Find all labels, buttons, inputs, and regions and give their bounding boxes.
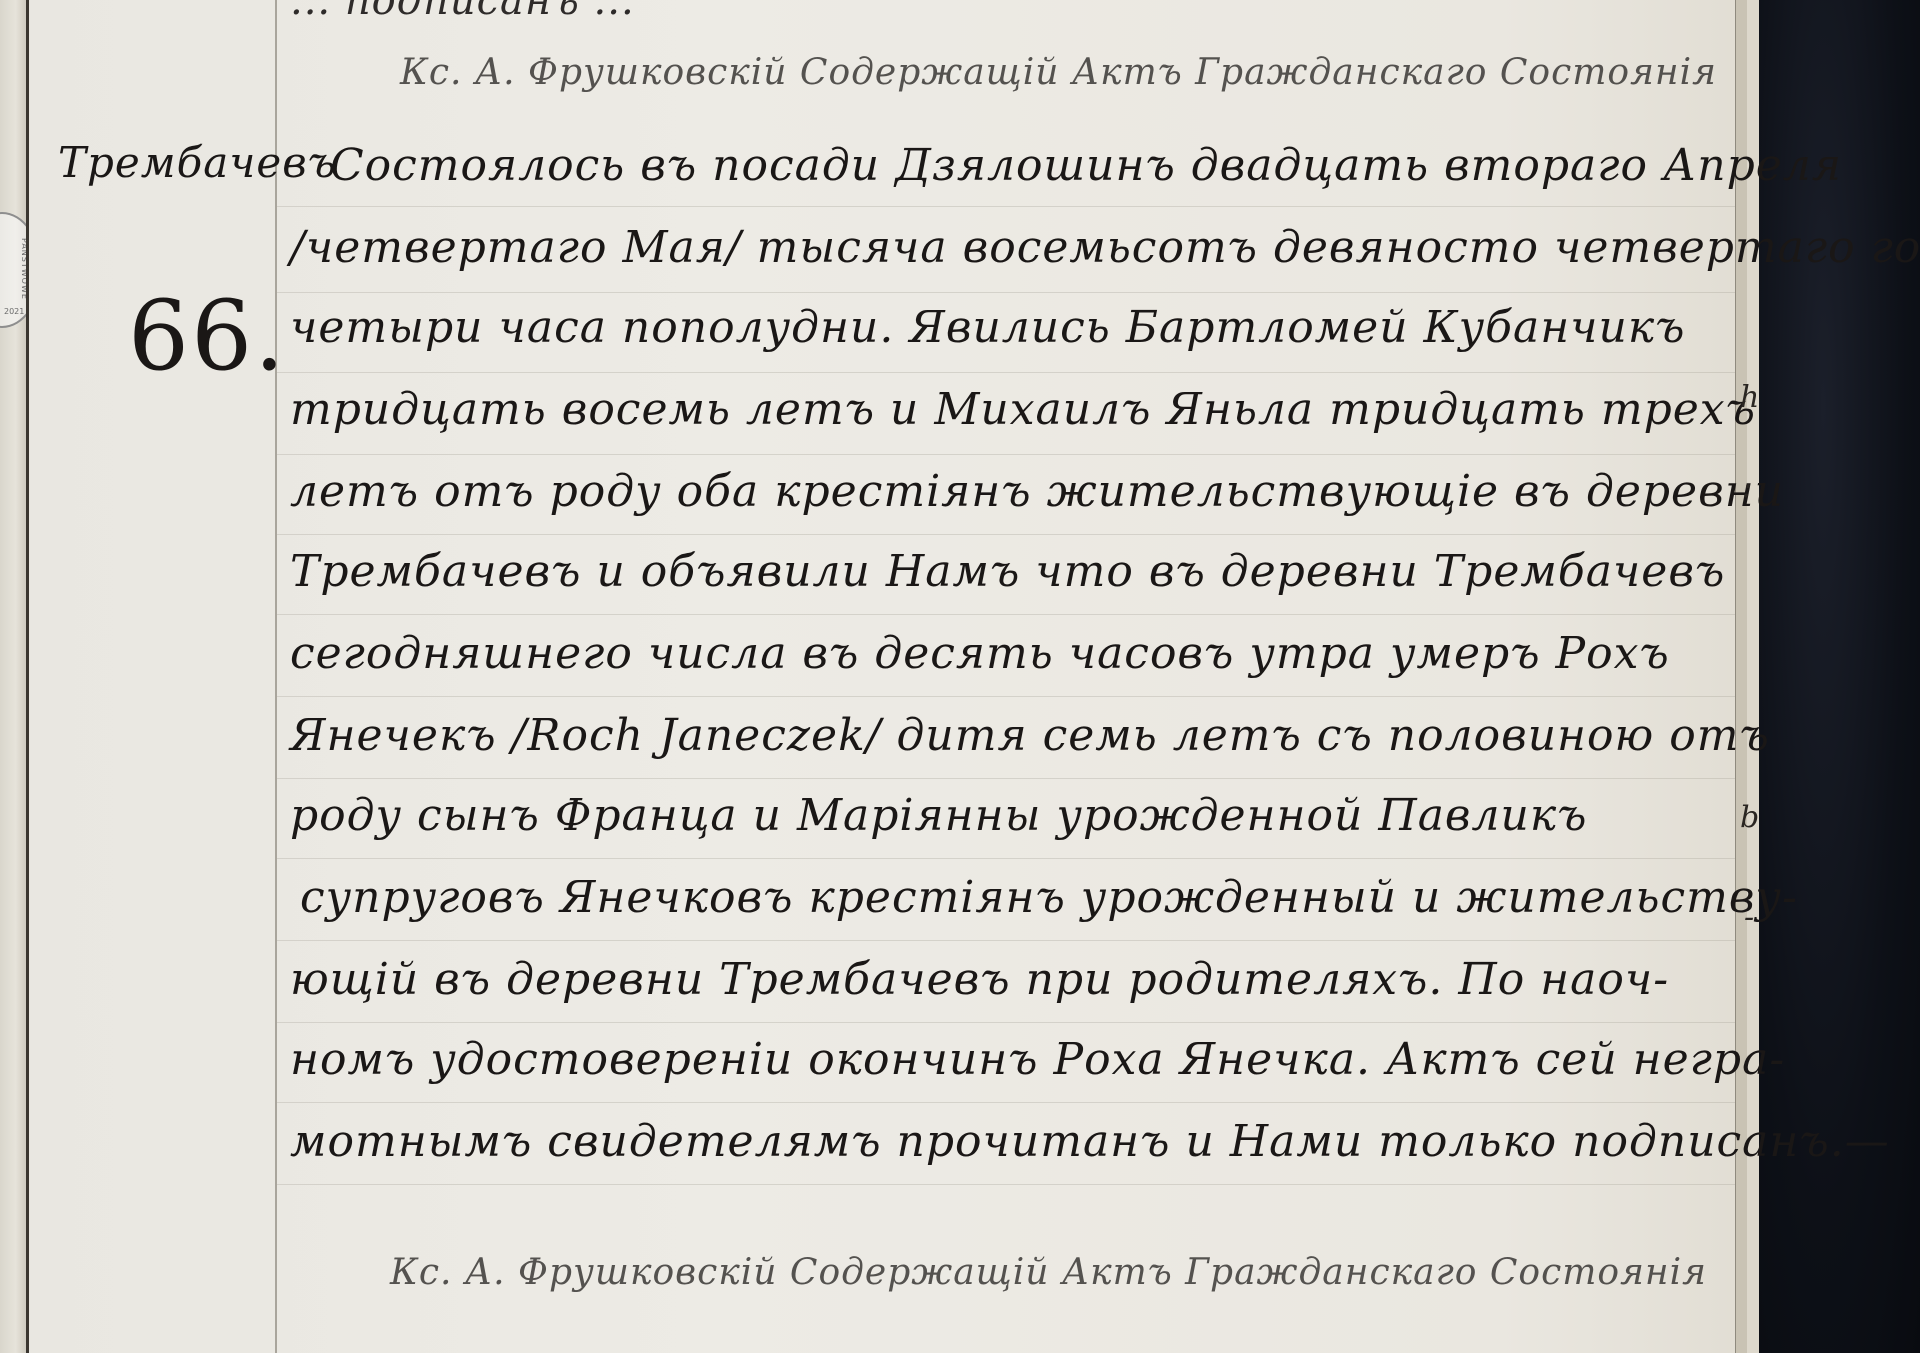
left-page-edge: ARCHIWUM PAŃSTWOWE 2021 [0, 0, 26, 1353]
record-line-1: Состоялось въ посади Дзялошинъ двадцать … [330, 140, 1842, 191]
record-line-8: Янечекъ /Roch Janeczek/ дитя семь летъ с… [290, 710, 1770, 761]
record-line-2: /четвертаго Мая/ тысяча восемьсотъ девян… [290, 222, 1920, 273]
ruled-line [277, 858, 1735, 859]
edge-mark: : [1742, 470, 1752, 505]
edge-mark: h [1740, 380, 1759, 415]
ruled-line [277, 372, 1735, 373]
ruled-line [277, 1184, 1735, 1185]
ruled-line [277, 206, 1735, 207]
record-line-10: супруговъ Янечковъ крестіянъ урожденный … [300, 872, 1798, 923]
margin-village-name: Трембачевъ [58, 138, 337, 187]
record-line-5: летъ отъ роду оба крестіянъ жительствующ… [290, 466, 1784, 517]
ruled-line [277, 778, 1735, 779]
ruled-line [277, 292, 1735, 293]
record-line-11: ющій въ деревни Трембачевъ при родителях… [290, 954, 1669, 1005]
top-signature: Кс. А. Фрушковскій Содержащій Актъ Гражд… [400, 52, 1717, 93]
bottom-signature: Кс. А. Фрушковскій Содержащій Актъ Гражд… [390, 1252, 1707, 1293]
ruled-line [277, 454, 1735, 455]
edge-mark: b [1740, 800, 1759, 835]
record-line-3: четыри часа пополудни. Явились Бартломей… [290, 302, 1685, 353]
ruled-line [277, 1022, 1735, 1023]
ruled-line [277, 1102, 1735, 1103]
document-scan: ARCHIWUM PAŃSTWOWE 2021 ... подписанъ ..… [0, 0, 1920, 1353]
archive-stamp-year: 2021 [4, 307, 24, 316]
margin-rule [275, 0, 277, 1353]
edge-mark: - [1744, 900, 1754, 935]
record-line-6: Трембачевъ и объявили Намъ что въ деревн… [290, 546, 1725, 597]
record-line-13: мотнымъ свидетелямъ прочитанъ и Нами тол… [290, 1116, 1890, 1167]
record-line-4: тридцать восемь летъ и Михаилъ Яньла три… [290, 384, 1756, 435]
ruled-line [277, 940, 1735, 941]
record-line-7: сегодняшнего числа въ десять часовъ утра… [290, 628, 1670, 679]
record-line-9: роду сынъ Франца и Маріянны урожденной П… [290, 790, 1588, 841]
ruled-line [277, 534, 1735, 535]
entry-number: 66. [128, 280, 287, 392]
previous-entry-fragment: ... подписанъ ... [290, 0, 635, 24]
record-line-12: номъ удостовереніи окончинъ Роха Янечка.… [290, 1034, 1785, 1085]
ruled-line [277, 696, 1735, 697]
ruled-line [277, 614, 1735, 615]
